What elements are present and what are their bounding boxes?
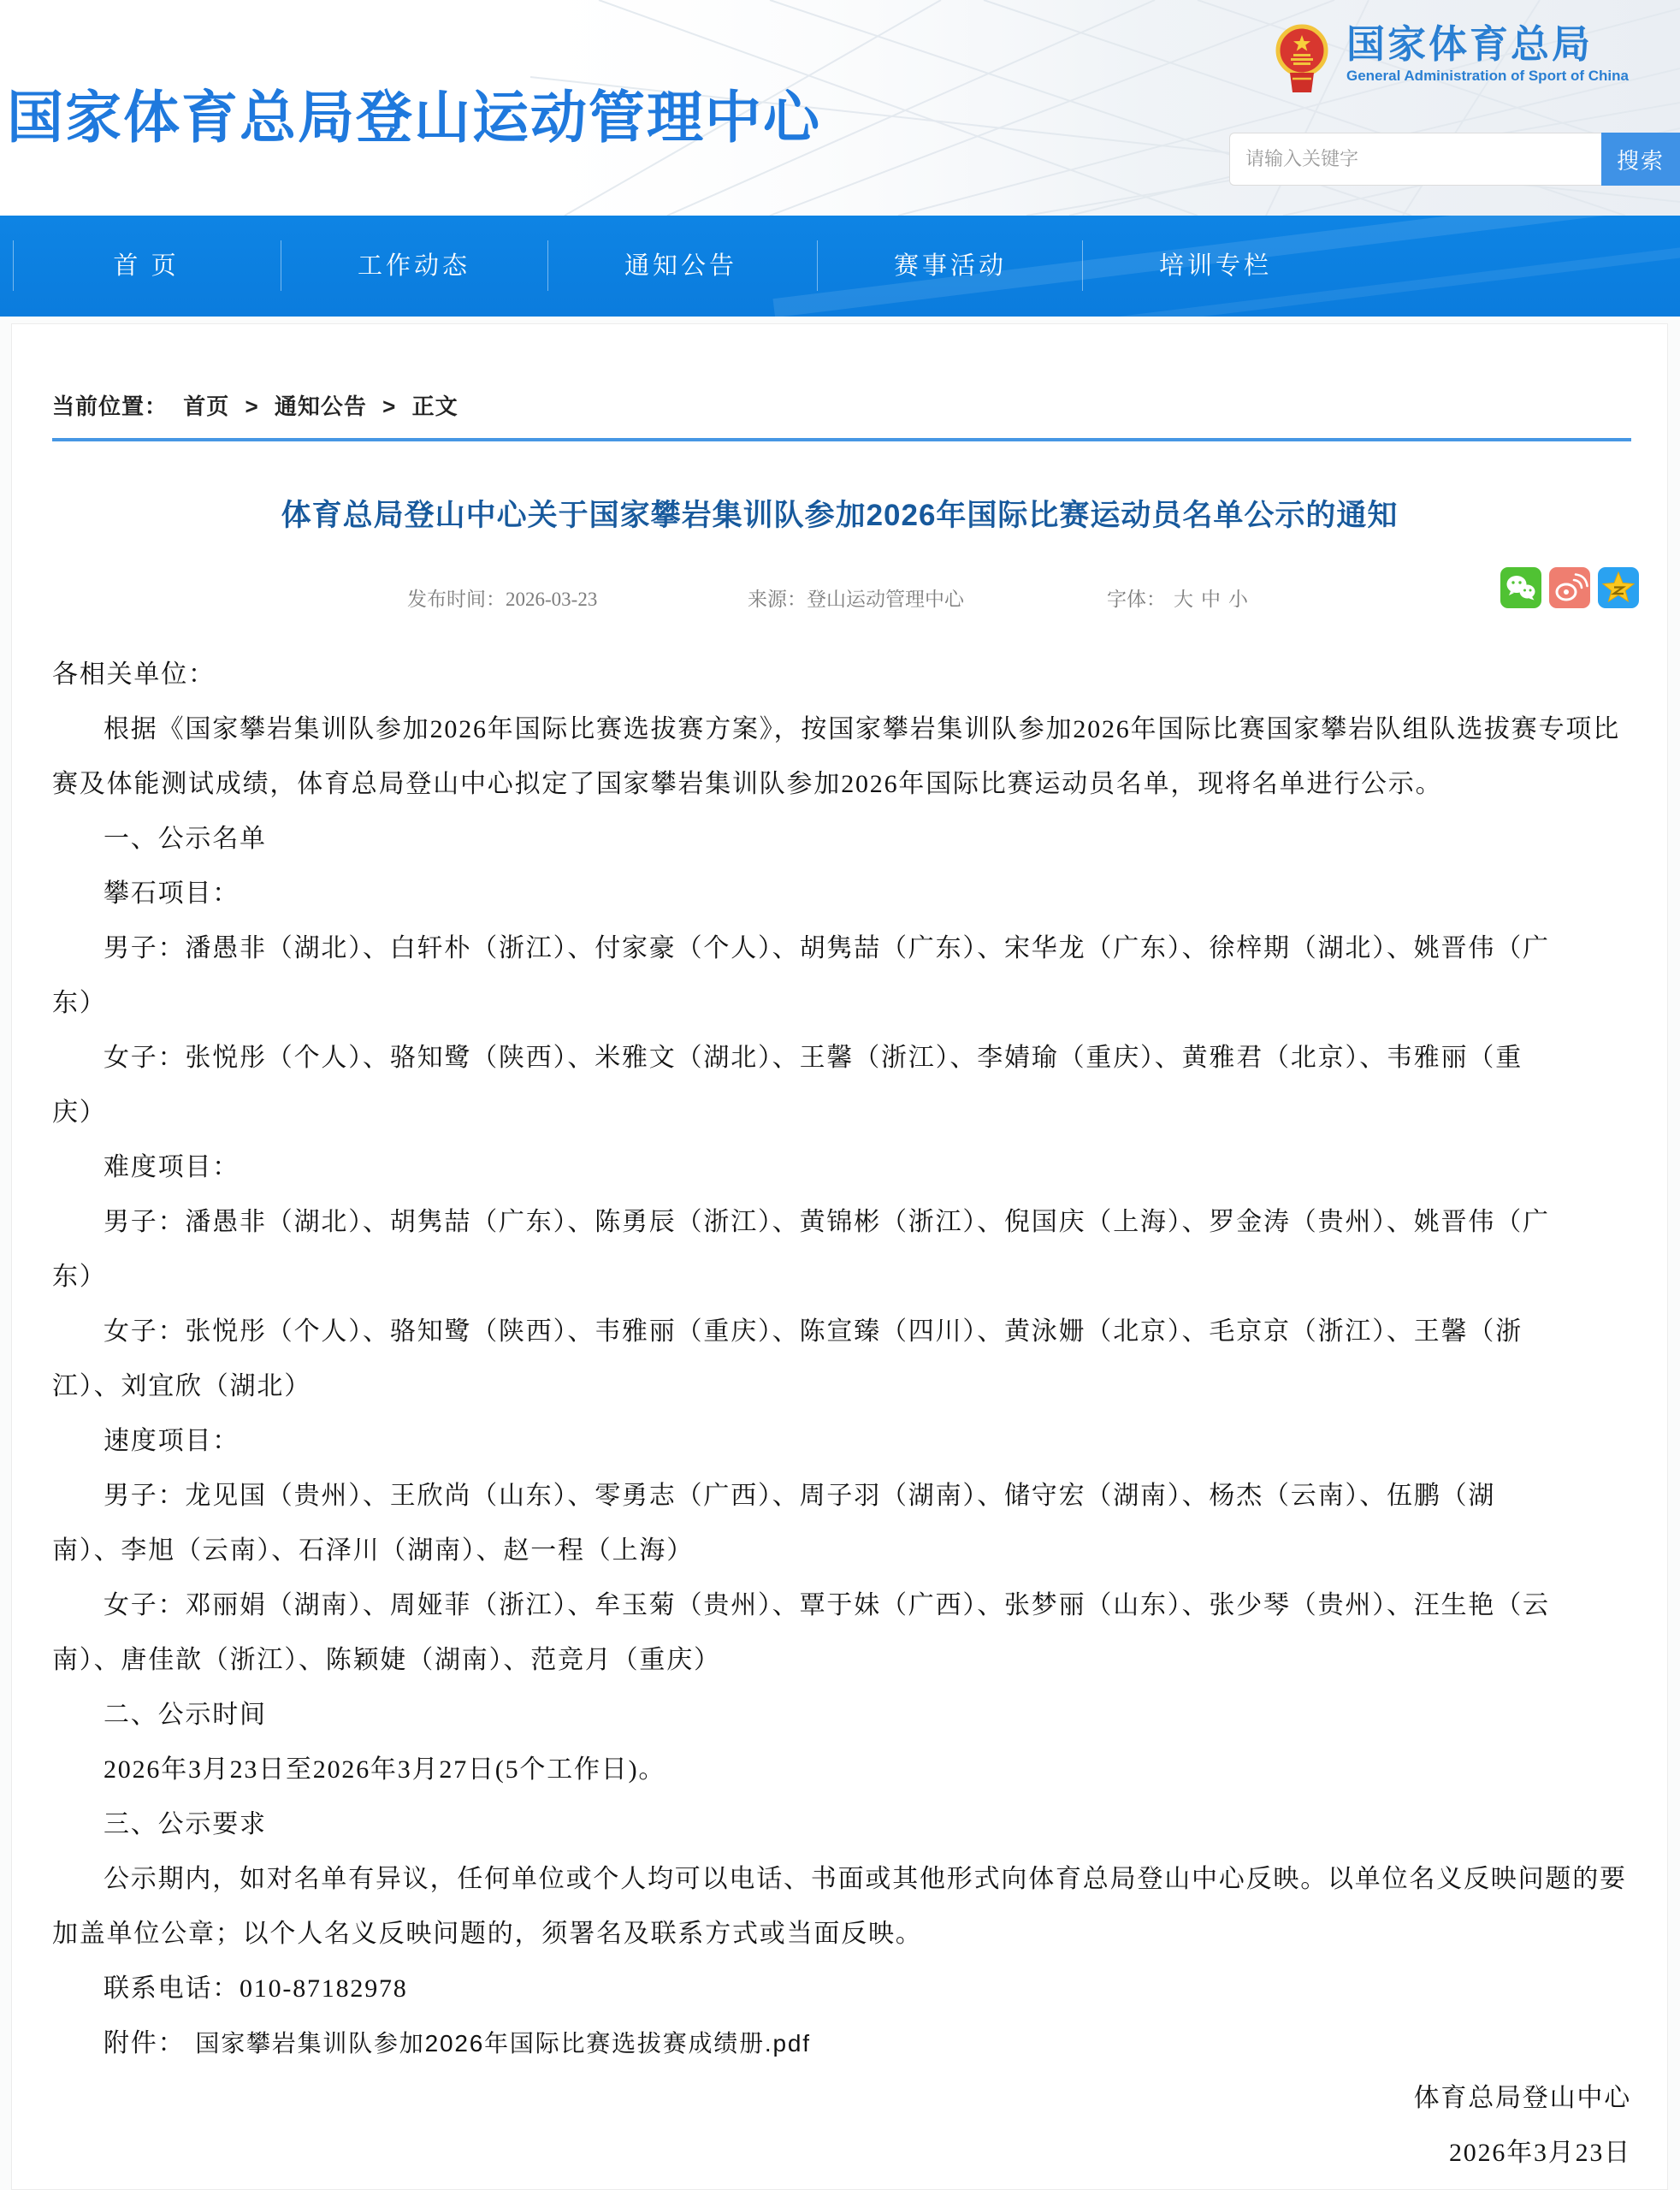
- article-source: 来源：登山运动管理中心: [748, 583, 964, 612]
- attachment-link[interactable]: 国家攀岩集训队参加2026年国际比赛选拔赛成绩册.pdf: [195, 2030, 810, 2057]
- lead-women: 女子：张悦彤（个人）、骆知鹭（陕西）、韦雅丽（重庆）、陈宣臻（四川）、黄泳姗（北…: [52, 1305, 1631, 1414]
- attachment-label: 附件：: [104, 2029, 185, 2057]
- attachment-line: 附件：国家攀岩集训队参加2026年国际比赛选拔赛成绩册.pdf: [52, 2016, 1631, 2071]
- article-title: 体育总局登山中心关于国家攀岩集训队参加2026年国际比赛运动员名单公示的通知: [12, 492, 1667, 535]
- breadcrumb-section[interactable]: 通知公告: [275, 394, 367, 419]
- requirements-text: 公示期内，如对名单有异议，任何单位或个人均可以电话、书面或其他形式向体育总局登山…: [52, 1852, 1631, 1962]
- share-buttons: [1500, 567, 1647, 608]
- nav-item-events[interactable]: 赛事活动: [818, 216, 1083, 317]
- search-input[interactable]: [1229, 133, 1601, 186]
- breadcrumb-separator: >: [245, 394, 259, 419]
- nav-item-work-news[interactable]: 工作动态: [281, 216, 547, 317]
- signature-date: 2026年3月23日: [52, 2126, 1631, 2181]
- breadcrumb-current: 正文: [412, 394, 458, 419]
- breadcrumb-home[interactable]: 首页: [183, 394, 229, 419]
- font-size-small[interactable]: 小: [1228, 589, 1248, 610]
- font-size-label: 字体：: [1107, 589, 1166, 610]
- boulder-men: 男子：潘愚非（湖北）、白轩朴（浙江）、付家豪（个人）、胡隽喆（广东）、宋华龙（广…: [52, 921, 1631, 1031]
- publish-date: 发布时间：2026-03-23: [407, 583, 597, 612]
- breadcrumb: 当前位置： 首页 > 通知公告 > 正文: [52, 389, 467, 421]
- heading-lead: 难度项目：: [52, 1140, 1631, 1195]
- contact-phone: 联系电话：010-87182978: [52, 1962, 1631, 2016]
- site-header: 国家体育总局登山运动管理中心 国家体育总局 General Administra…: [0, 0, 1680, 216]
- heading-requirements: 三、公示要求: [52, 1797, 1631, 1852]
- nav-item-notices[interactable]: 通知公告: [548, 216, 813, 317]
- article-meta: 发布时间：2026-03-23 来源：登山运动管理中心 字体：大中小: [52, 577, 1631, 616]
- period-dates: 2026年3月23日至2026年3月27日(5个工作日)。: [52, 1743, 1631, 1797]
- heading-boulder: 攀石项目：: [52, 867, 1631, 921]
- site-title: 国家体育总局登山运动管理中心: [7, 72, 821, 153]
- gasc-logo-text: 国家体育总局 General Administration of Sport o…: [1346, 22, 1629, 85]
- nav-item-training[interactable]: 培训专栏: [1083, 216, 1348, 317]
- paragraph-intro: 根据《国家攀岩集训队参加2026年国际比赛选拔赛方案》，按国家攀岩集训队参加20…: [52, 702, 1631, 812]
- qzone-share-icon[interactable]: [1598, 567, 1639, 608]
- national-emblem-icon: [1273, 22, 1331, 94]
- font-size-medium[interactable]: 中: [1201, 589, 1221, 610]
- nav-item-home[interactable]: 首 页: [14, 216, 279, 317]
- font-size-large[interactable]: 大: [1174, 589, 1193, 610]
- boulder-women: 女子：张悦彤（个人）、骆知鹭（陕西）、米雅文（湖北）、王馨（浙江）、李婧瑜（重庆…: [52, 1031, 1631, 1140]
- search-button[interactable]: 搜索: [1601, 133, 1680, 186]
- paragraph-salutation: 各相关单位：: [52, 648, 1631, 702]
- signature-organization: 体育总局登山中心: [52, 2071, 1631, 2126]
- heading-speed: 速度项目：: [52, 1414, 1631, 1469]
- lead-men: 男子：潘愚非（湖北）、胡隽喆（广东）、陈勇辰（浙江）、黄锦彬（浙江）、倪国庆（上…: [52, 1195, 1631, 1305]
- gasc-logo-title: 国家体育总局: [1346, 22, 1629, 67]
- search-bar: 搜索: [1229, 133, 1680, 186]
- main-nav: 首 页 工作动态 通知公告 赛事活动 培训专栏: [0, 216, 1680, 317]
- gasc-logo-subtitle: General Administration of Sport of China: [1346, 68, 1629, 85]
- font-size-control: 字体：大中小: [1107, 583, 1248, 612]
- content-card: 当前位置： 首页 > 通知公告 > 正文 体育总局登山中心关于国家攀岩集训队参加…: [11, 323, 1668, 2190]
- wechat-share-icon[interactable]: [1500, 567, 1541, 608]
- heading-period: 二、公示时间: [52, 1688, 1631, 1743]
- gasc-logo: 国家体育总局 General Administration of Sport o…: [1273, 22, 1629, 94]
- breadcrumb-label: 当前位置：: [52, 394, 168, 419]
- speed-men: 男子：龙见国（贵州）、王欣尚（山东）、零勇志（广西）、周子羽（湖南）、储守宏（湖…: [52, 1469, 1631, 1578]
- heading-list: 一、公示名单: [52, 812, 1631, 867]
- speed-women: 女子：邓丽娟（湖南）、周娅菲（浙江）、牟玉菊（贵州）、覃于妹（广西）、张梦丽（山…: [52, 1578, 1631, 1688]
- weibo-share-icon[interactable]: [1549, 567, 1590, 608]
- article-body: 各相关单位： 根据《国家攀岩集训队参加2026年国际比赛选拔赛方案》，按国家攀岩…: [52, 648, 1631, 2181]
- breadcrumb-divider: [52, 438, 1631, 441]
- breadcrumb-separator: >: [382, 394, 396, 419]
